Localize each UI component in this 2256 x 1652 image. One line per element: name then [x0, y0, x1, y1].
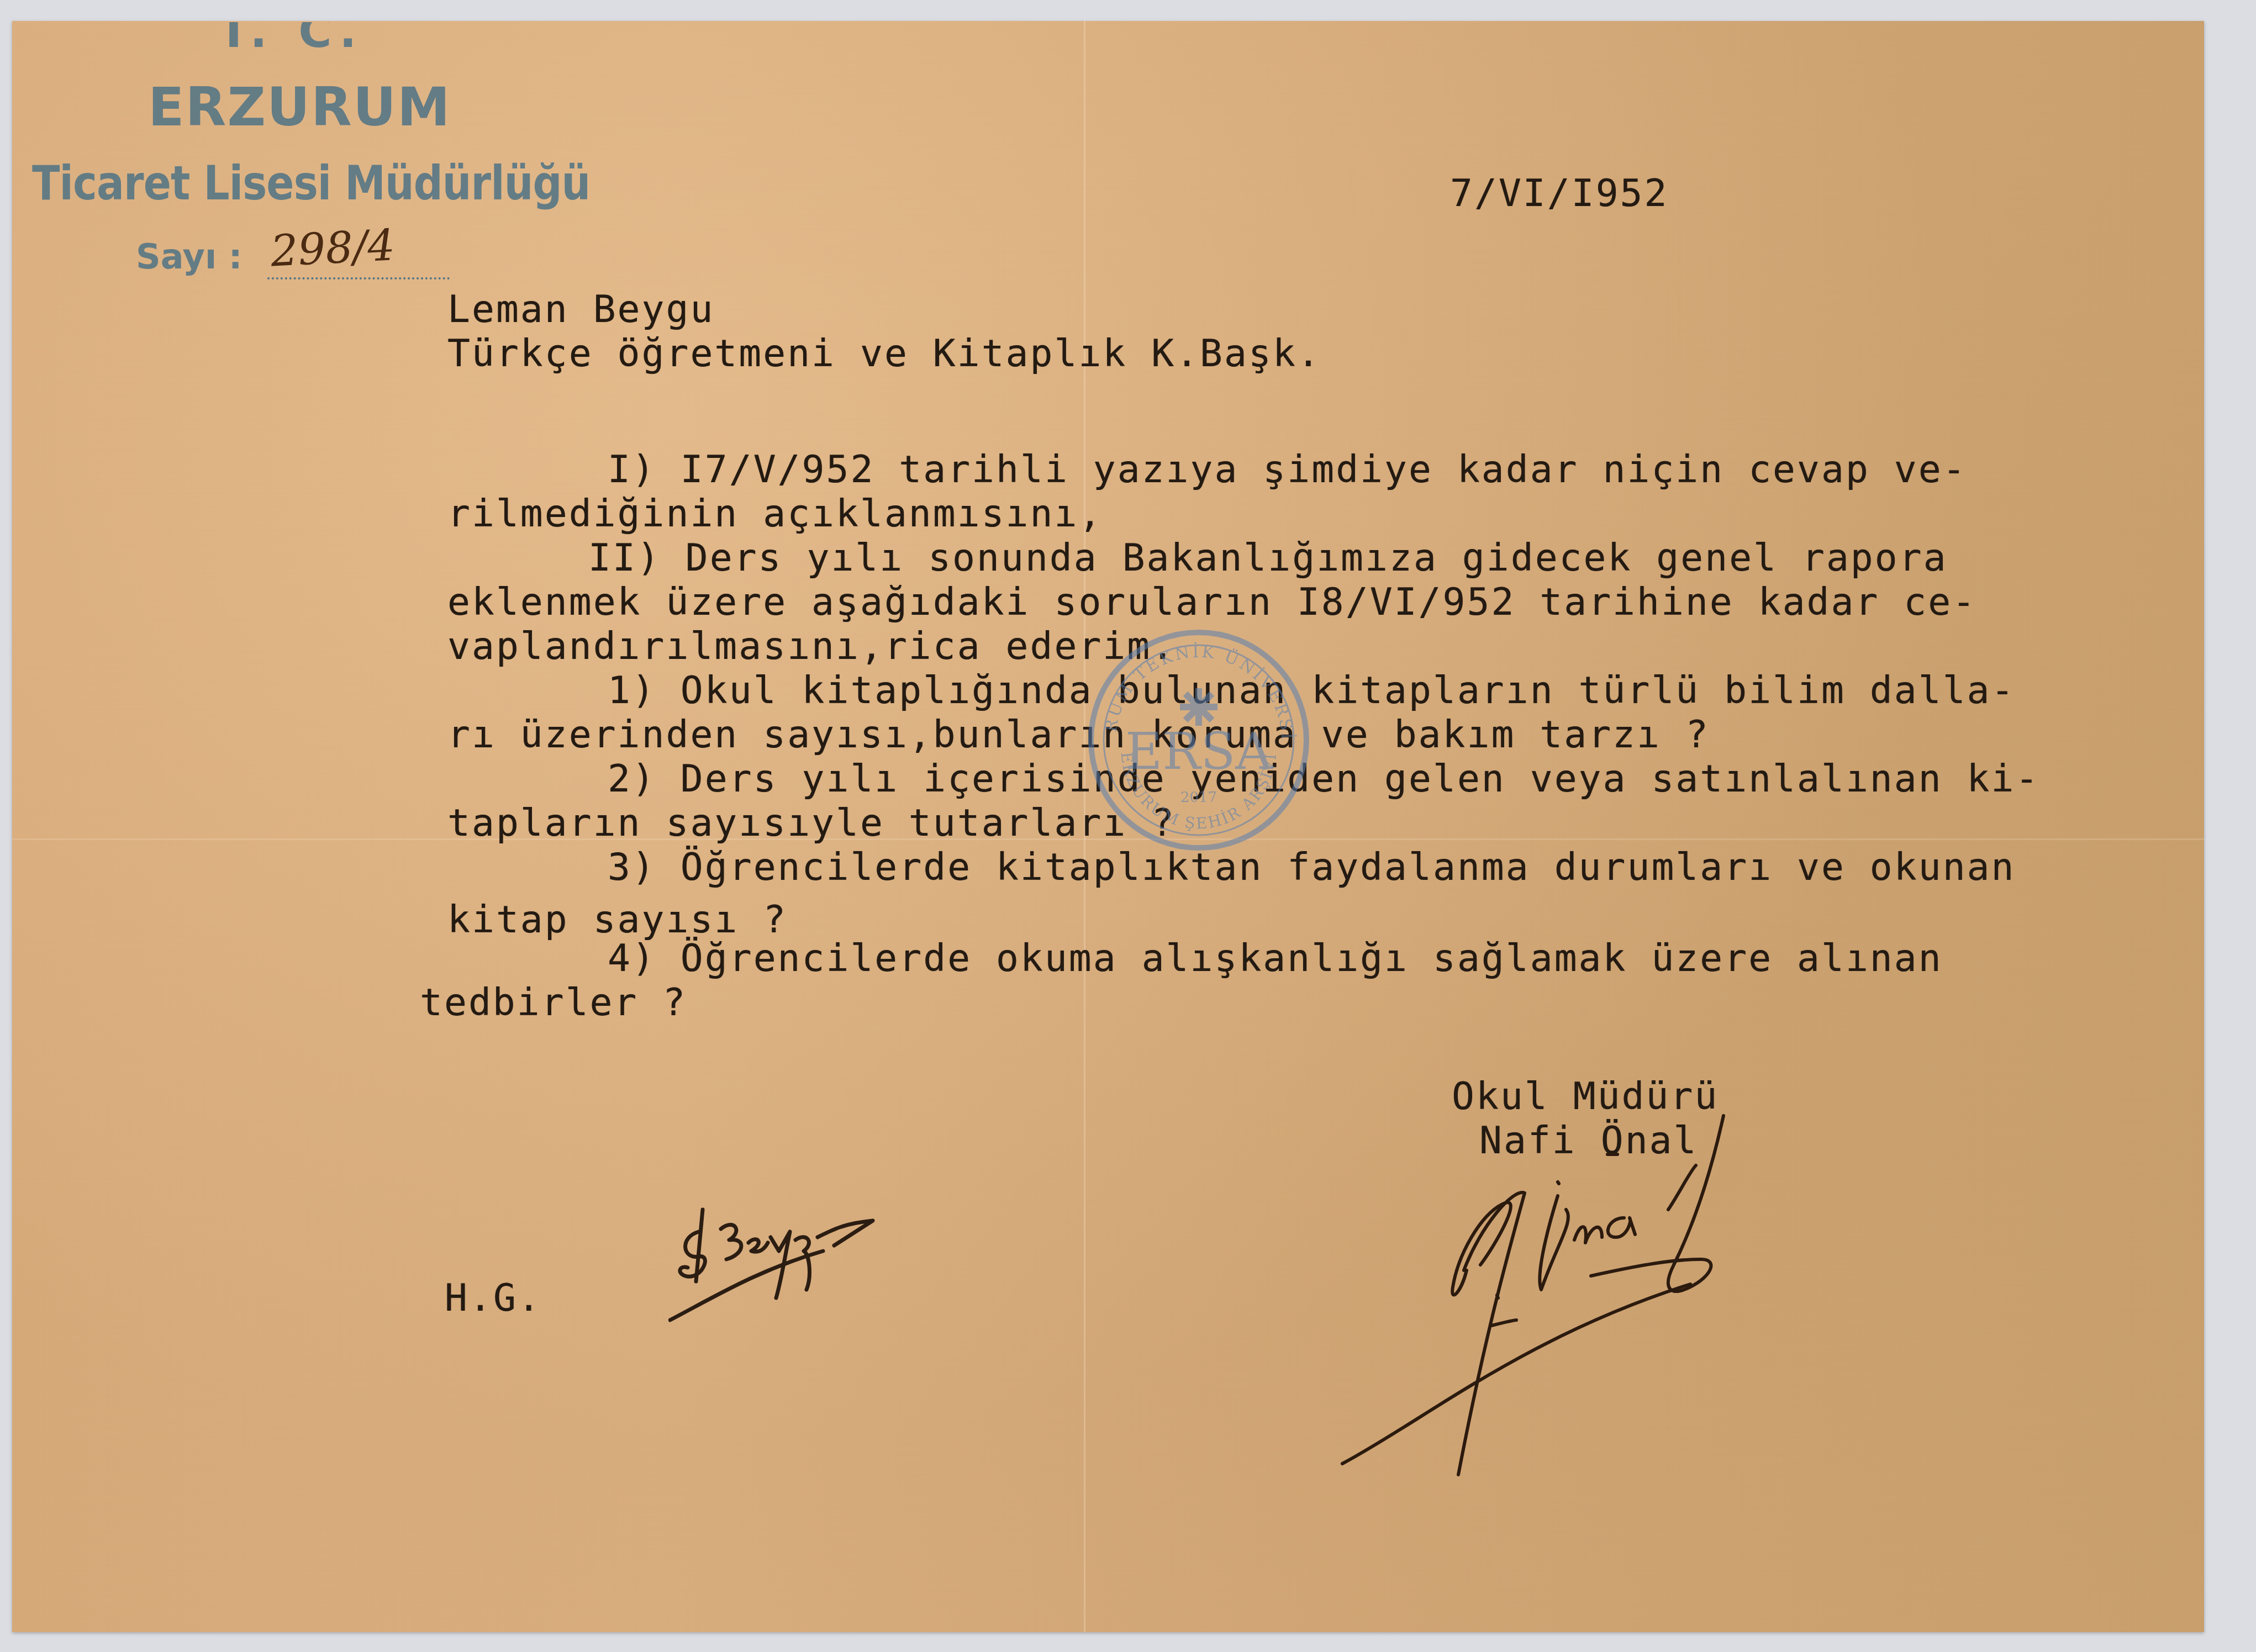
recipient-title: Türkçe öğretmeni ve Kitaplık K.Başk. — [447, 331, 1321, 377]
letterhead-city: ERZURUM — [148, 76, 451, 138]
recipient-name: Leman Beygu — [447, 287, 714, 332]
reference-number-label: Sayı : — [136, 236, 243, 277]
body-line: rı üzerinden sayısı,bunların koruma ve b… — [447, 712, 1710, 758]
body-line: 4) Öğrencilerde okuma alışkanlığı sağlam… — [608, 936, 1943, 981]
acknowledgement-label: H.G. — [445, 1276, 542, 1321]
body-line: II) Ders yılı sonunda Bakanlığımıza gide… — [588, 536, 1948, 581]
reference-number-underline — [267, 277, 450, 279]
body-line: tedbirler ? — [420, 980, 687, 1026]
body-line: tapların sayısıyle tutarları ? — [447, 801, 1176, 846]
recipient-signature-icon — [668, 1199, 945, 1326]
body-line: I) I7/V/952 tarihli yazıya şimdiye kadar… — [608, 447, 1967, 493]
archive-stamp-icon: ERZURUM TEKNİK ÜNİVERSİTESİ ERZURUM ŞEHİ… — [1083, 624, 1315, 856]
reference-number: 298/4 — [270, 220, 396, 277]
body-line: eklenmek üzere aşağıdaki soruların I8/VI… — [447, 580, 1976, 625]
archive-stamp-year: 2017 — [1180, 789, 1217, 806]
letter-date: 7/VI/I952 — [1450, 171, 1668, 217]
body-line: vaplandırılmasını,rica ederim. — [447, 624, 1176, 669]
letterhead-tc: T. C. — [218, 6, 365, 58]
body-line: rilmediğinin açıklanmısını, — [447, 492, 1103, 537]
body-line: 2) Ders yılı içerisinde yeniden gelen ve… — [608, 757, 2039, 802]
principal-signature-icon — [1315, 1099, 1823, 1541]
archive-stamp-center-text: ERSA — [1125, 722, 1273, 781]
letterhead-institution: Ticaret Lisesi Müdürlüğü — [32, 156, 590, 211]
